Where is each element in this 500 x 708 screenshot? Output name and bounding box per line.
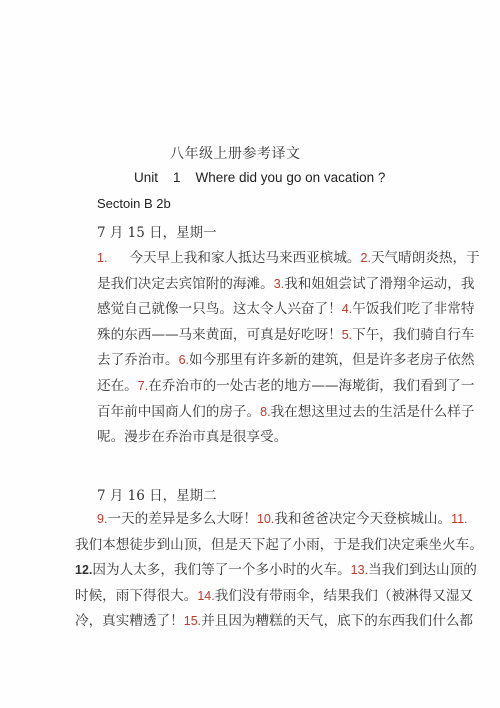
paragraph-line: 我们本想徒步到山顶，但是天下起了小雨，于是我们决定乘坐火车。 bbox=[75, 533, 420, 559]
sentence-number: 6. bbox=[179, 353, 189, 367]
paragraph-line: 9.一天的差异是多么大呀！10.我和爸爸决定今天登槟城山。11. bbox=[75, 507, 420, 533]
entry-date: 7 月 16 日，星期二 bbox=[97, 484, 217, 504]
sentence-text: 天气晴朗炎热，于 bbox=[371, 250, 480, 266]
sentence-text: 我和姐姐尝试了滑翔伞运动，我 bbox=[284, 276, 474, 292]
sentence-text: 我们本想徒步到山顶，但是天下起了小雨，于是我们决定乘坐火车。 bbox=[75, 537, 483, 553]
sentence-number: 1. bbox=[97, 251, 107, 265]
sentence-number: 10. bbox=[257, 512, 274, 526]
sentence-text: 时候，雨下得很大。 bbox=[75, 588, 197, 604]
paragraph-line: 百年前中国商人们的房子。8.我在想这里过去的生活是什么样子 bbox=[97, 400, 419, 426]
paragraph-line: 去了乔治市。6.如今那里有许多新的建筑，但是许多老房子依然 bbox=[97, 348, 419, 374]
sentence-text: 我在想这里过去的生活是什么样子 bbox=[271, 404, 475, 420]
sentence-number: 11. bbox=[451, 512, 467, 526]
paragraph-line: 1.今天早上我和家人抵达马来西亚槟城。2.天气晴朗炎热，于 bbox=[97, 246, 419, 272]
sentence-text: 今天早上我和家人抵达马来西亚槟城。 bbox=[129, 250, 360, 266]
sentence-number: 5. bbox=[342, 328, 352, 342]
sentence-text: 感觉自己就像一只鸟。这太令人兴奋了！ bbox=[97, 301, 342, 317]
sentence-text: 我和爸爸决定今天登槟城山。 bbox=[274, 511, 451, 527]
sentence-text: 是我们决定去宾馆附的海滩。 bbox=[97, 276, 274, 292]
sentence-number: 15. bbox=[184, 614, 201, 628]
paragraph-line: 时候，雨下得很大。14.我们没有带雨伞，结果我们（被淋得又湿又 bbox=[75, 584, 420, 610]
sentence-text: 午饭我们吃了非常特 bbox=[352, 301, 474, 317]
entry-paragraph: 9.一天的差异是多么大呀！10.我和爸爸决定今天登槟城山。11. 我们本想徒步到… bbox=[75, 507, 420, 635]
sentence-number: 14. bbox=[197, 589, 214, 603]
paragraph-line: 冷，真实糟透了！15.并且因为糟糕的天气，底下的东西我们什么都 bbox=[75, 609, 420, 635]
document-page: 八年级上册参考译文 Unit 1 Where did you go on vac… bbox=[0, 0, 500, 708]
paragraph-line: 呢。漫步在乔治市真是很享受。 bbox=[97, 425, 419, 451]
section-label: Sectoin B 2b bbox=[97, 196, 171, 211]
sentence-text: 我们没有带雨伞，结果我们（被淋得又湿又 bbox=[215, 588, 473, 604]
sentence-text: 百年前中国商人们的房子。 bbox=[97, 404, 260, 420]
entry-date: 7 月 15 日，星期一 bbox=[97, 221, 217, 241]
paragraph-line: 是我们决定去宾馆附的海滩。3.我和姐姐尝试了滑翔伞运动，我 bbox=[97, 272, 419, 298]
sentence-text: 并且因为糟糕的天气，底下的东西我们什么都 bbox=[201, 613, 473, 629]
sentence-number: 9. bbox=[97, 512, 107, 526]
paragraph-line: 感觉自己就像一只鸟。这太令人兴奋了！4.午饭我们吃了非常特 bbox=[97, 297, 419, 323]
sentence-number: 2. bbox=[361, 251, 371, 265]
sentence-text: 冷，真实糟透了！ bbox=[75, 613, 184, 629]
sentence-number: 4. bbox=[342, 302, 352, 316]
entry-paragraph: 1.今天早上我和家人抵达马来西亚槟城。2.天气晴朗炎热，于 是我们决定去宾馆附的… bbox=[97, 246, 419, 451]
sentence-text: 因为人太多，我们等了一个多小时的火车。 bbox=[92, 562, 350, 578]
paragraph-line: 殊的东西——马来黄面，可真是好吃呀！5.下午，我们骑自行车 bbox=[97, 323, 419, 349]
sentence-text: 在乔治市的一处古老的地方——海墘街，我们看到了一 bbox=[148, 378, 474, 394]
sentence-text: 一天的差异是多么大呀！ bbox=[107, 511, 257, 527]
sentence-number: 7. bbox=[138, 379, 148, 393]
paragraph-line: 12.因为人太多，我们等了一个多小时的火车。13.当我们到达山顶的 bbox=[75, 558, 420, 584]
sentence-number: 13. bbox=[351, 563, 368, 577]
sentence-text: 如今那里有许多新的建筑，但是许多老房子依然 bbox=[189, 352, 474, 368]
sentence-number: 12. bbox=[75, 563, 92, 577]
sentence-number: 3. bbox=[274, 277, 284, 291]
sentence-text: 殊的东西——马来黄面，可真是好吃呀！ bbox=[97, 327, 342, 343]
sentence-text: 呢。漫步在乔治市真是很享受。 bbox=[97, 429, 287, 445]
sentence-text: 下午，我们骑自行车 bbox=[352, 327, 474, 343]
paragraph-line: 还在。7.在乔治市的一处古老的地方——海墘街，我们看到了一 bbox=[97, 374, 419, 400]
sentence-number: 8. bbox=[260, 405, 270, 419]
document-title: 八年级上册参考译文 bbox=[170, 143, 290, 163]
sentence-text: 当我们到达山顶的 bbox=[368, 562, 477, 578]
sentence-text: 去了乔治市。 bbox=[97, 352, 179, 368]
sentence-text: 还在。 bbox=[97, 378, 138, 394]
unit-heading: Unit 1 Where did you go on vacation ? bbox=[134, 170, 385, 185]
